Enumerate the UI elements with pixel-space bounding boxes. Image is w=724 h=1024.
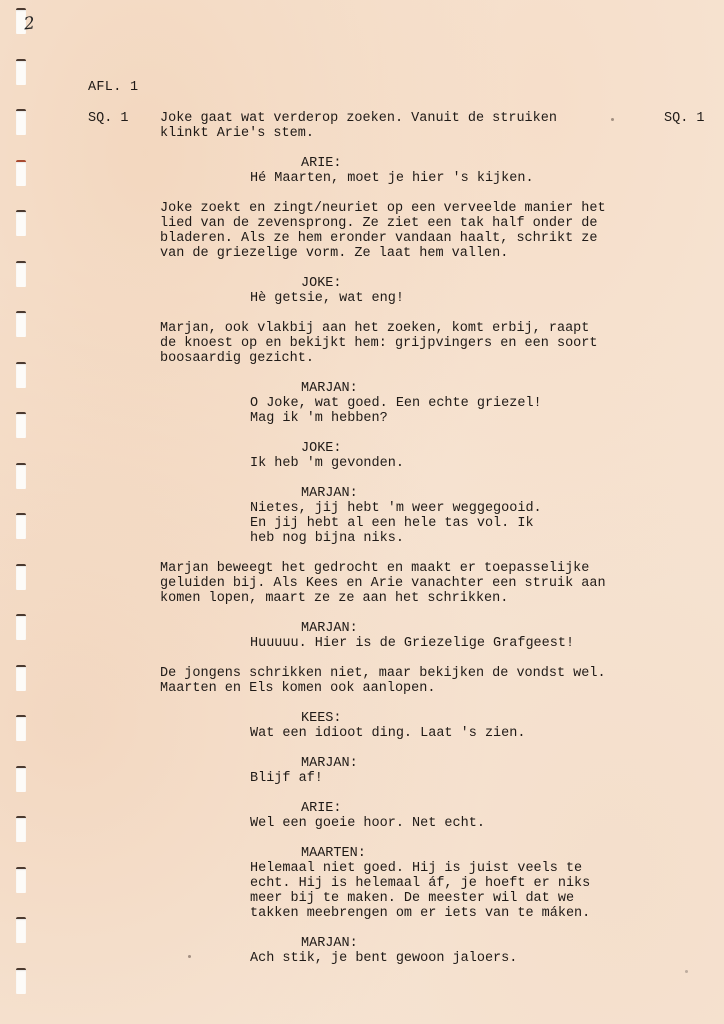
binder-hole	[16, 917, 26, 943]
dialogue-block: JOKE:Ik heb 'm gevonden.	[160, 441, 680, 471]
binder-hole	[16, 766, 26, 792]
dialogue-lines: Helemaal niet goed. Hij is juist veels t…	[160, 861, 680, 921]
ink-speck	[188, 955, 191, 958]
character-name: MARJAN:	[160, 756, 680, 771]
binder-hole	[16, 311, 26, 337]
character-name: ARIE:	[160, 156, 680, 171]
character-name: MARJAN:	[160, 936, 680, 951]
binder-hole	[16, 867, 26, 893]
dialogue-lines: Wel een goeie hoor. Net echt.	[160, 816, 680, 831]
binder-hole	[16, 362, 26, 388]
character-name: MARJAN:	[160, 621, 680, 636]
dialogue-block: MARJAN:Huuuuu. Hier is de Griezelige Gra…	[160, 621, 680, 651]
binder-holes	[12, 0, 32, 1024]
binder-hole	[16, 968, 26, 994]
dialogue-lines: Huuuuu. Hier is de Griezelige Grafgeest!	[160, 636, 680, 651]
dialogue-block: ARIE:Wel een goeie hoor. Net echt.	[160, 801, 680, 831]
dialogue-lines: Hè getsie, wat eng!	[160, 291, 680, 306]
action-paragraph: Joke zoekt en zingt/neuriet op een verve…	[160, 201, 680, 261]
dialogue-block: MARJAN:O Joke, wat goed. Een echte griez…	[160, 381, 680, 426]
binder-hole	[16, 412, 26, 438]
action-paragraph: De jongens schrikken niet, maar bekijken…	[160, 666, 680, 696]
binder-hole	[16, 210, 26, 236]
dialogue-block: MARJAN:Nietes, jij hebt 'm weer weggegoo…	[160, 486, 680, 546]
dialogue-block: MAARTEN:Helemaal niet goed. Hij is juist…	[160, 846, 680, 921]
sequence-label-left: SQ. 1	[88, 111, 129, 126]
character-name: ARIE:	[160, 801, 680, 816]
dialogue-lines: Ach stik, je bent gewoon jaloers.	[160, 951, 680, 966]
binder-hole	[16, 261, 26, 287]
action-paragraph: Joke gaat wat verderop zoeken. Vanuit de…	[160, 111, 680, 141]
binder-hole	[16, 59, 26, 85]
dialogue-lines: Blijf af!	[160, 771, 680, 786]
action-paragraph: Marjan, ook vlakbij aan het zoeken, komt…	[160, 321, 680, 366]
binder-hole	[16, 564, 26, 590]
character-name: JOKE:	[160, 276, 680, 291]
dialogue-block: JOKE:Hè getsie, wat eng!	[160, 276, 680, 306]
binder-hole	[16, 614, 26, 640]
character-name: KEES:	[160, 711, 680, 726]
dialogue-block: KEES:Wat een idioot ding. Laat 's zien.	[160, 711, 680, 741]
handwritten-page-number: 2	[23, 13, 36, 34]
script-body: Joke gaat wat verderop zoeken. Vanuit de…	[160, 111, 680, 981]
binder-hole	[16, 665, 26, 691]
dialogue-lines: Ik heb 'm gevonden.	[160, 456, 680, 471]
dialogue-lines: Wat een idioot ding. Laat 's zien.	[160, 726, 680, 741]
episode-label: AFL. 1	[88, 80, 138, 95]
dialogue-block: ARIE:Hé Maarten, moet je hier 's kijken.	[160, 156, 680, 186]
dialogue-lines: Nietes, jij hebt 'm weer weggegooid. En …	[160, 501, 680, 546]
binder-hole	[16, 816, 26, 842]
dialogue-lines: O Joke, wat goed. Een echte griezel! Mag…	[160, 396, 680, 426]
binder-hole	[16, 513, 26, 539]
character-name: MAARTEN:	[160, 846, 680, 861]
binder-hole	[16, 715, 26, 741]
dialogue-block: MARJAN:Ach stik, je bent gewoon jaloers.	[160, 936, 680, 966]
binder-hole	[16, 463, 26, 489]
character-name: MARJAN:	[160, 486, 680, 501]
paper-stain	[685, 970, 688, 973]
dialogue-block: MARJAN:Blijf af!	[160, 756, 680, 786]
ink-speck	[611, 118, 614, 121]
binder-hole	[16, 109, 26, 135]
dialogue-lines: Hé Maarten, moet je hier 's kijken.	[160, 171, 680, 186]
action-paragraph: Marjan beweegt het gedrocht en maakt er …	[160, 561, 680, 606]
binder-hole	[16, 160, 26, 186]
character-name: MARJAN:	[160, 381, 680, 396]
character-name: JOKE:	[160, 441, 680, 456]
